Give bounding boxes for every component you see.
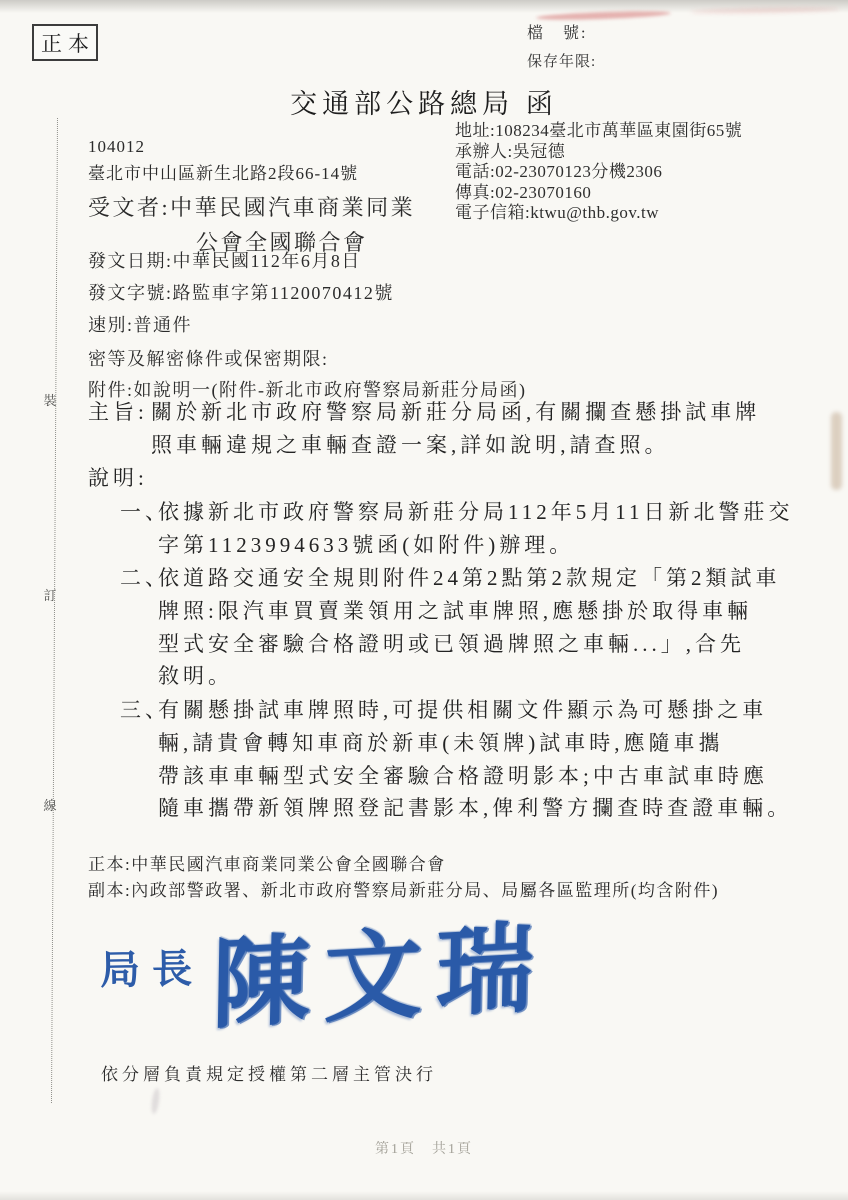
item-line: 牌照:限汽車買賣業領用之試車牌照,應懸掛於取得車輛 xyxy=(158,595,781,628)
document-title: 交通部公路總局 函 xyxy=(0,82,848,121)
contact-email: 電子信箱:ktwu@thb.gov.tw xyxy=(455,203,742,224)
item-line: 依據新北市政府警察局新莊分局112年5月11日新北警莊交 xyxy=(158,496,793,529)
archive-file-no-label: 檔 號: xyxy=(527,20,587,43)
item-line: 隨車攜帶新領牌照登記書影本,俾利警方攔查時查證車輛。 xyxy=(158,792,792,825)
recipient-label: 受文者: xyxy=(88,195,170,220)
explanation-item-3: 三、 有關懸掛試車牌照時,可提供相關文件顯示為可懸掛之車 輛,請貴會轉知車商於新… xyxy=(158,694,792,825)
binding-dotted-line xyxy=(51,118,58,1103)
explanation-label: 說明: xyxy=(88,462,148,495)
binding-mark-zhuang: 裝 xyxy=(42,390,58,409)
issue-number: 發文字號:路監車字第1120070412號 xyxy=(88,279,526,305)
subject-line: 關於新北市政府警察局新莊分局函,有關攔查懸掛試車牌 xyxy=(151,396,760,429)
contact-phone: 電話:02-23070123分機2306 xyxy=(455,162,742,183)
paper-edge-stain xyxy=(831,412,842,490)
item-line: 帶該車車輛型式安全審驗合格證明影本;中古車試車時應 xyxy=(158,760,792,793)
issue-date: 發文日期:中華民國112年6月8日 xyxy=(88,247,526,273)
subject-line: 照車輛違規之車輛查證一案,詳如說明,請查照。 xyxy=(151,429,760,462)
scanned-official-letter: 裝 訂 線 正本 檔 號: 保存年限: 交通部公路總局 函 地址:108234臺… xyxy=(0,0,848,1200)
contact-person: 承辦人:吳冠德 xyxy=(455,142,742,163)
recipient-postal-code: 104012 xyxy=(88,137,145,157)
original-copy-stamp: 正本 xyxy=(32,24,98,61)
delegation-note: 依分層負責規定授權第二層主管決行 xyxy=(101,1060,437,1085)
item-number: 三、 xyxy=(120,694,170,727)
agency-contact-block: 地址:108234臺北市萬華區東園街65號 承辦人:吳冠德 電話:02-2307… xyxy=(455,121,742,224)
recipient-line1: 受文者:中華民國汽車商業同業 xyxy=(88,191,415,222)
item-line: 依道路交通安全規則附件24第2點第2款規定「第2類試車 xyxy=(158,562,781,595)
explanation-item-1: 一、 依據新北市政府警察局新莊分局112年5月11日新北警莊交 字第112399… xyxy=(158,496,793,562)
contact-fax: 傳真:02-23070160 xyxy=(455,183,742,204)
speed-class: 速別:普通件 xyxy=(88,311,526,337)
item-line: 有關懸掛試車牌照時,可提供相關文件顯示為可懸掛之車 xyxy=(158,694,792,727)
item-line: 輛,請貴會轉知車商於新車(未領牌)試車時,應隨車攜 xyxy=(158,727,792,760)
subject-text: 關於新北市政府警察局新莊分局函,有關攔查懸掛試車牌 照車輛違規之車輛查證一案,詳… xyxy=(151,396,760,462)
agency-address: 地址:108234臺北市萬華區東園街65號 xyxy=(455,121,742,142)
item-number: 二、 xyxy=(120,562,170,595)
item-number: 一、 xyxy=(120,496,170,529)
page-number-footer: 第1頁 共1頁 xyxy=(0,1138,848,1158)
director-general-title: 局長 xyxy=(100,937,205,996)
item-line: 型式安全審驗合格證明或已領過牌照之車輛...」,合先 xyxy=(158,628,781,661)
recipient-name-part1: 中華民國汽車商業同業 xyxy=(170,195,415,220)
item-line: 字第1123994633號函(如附件)辦理。 xyxy=(158,529,793,562)
recipient-street-address: 臺北市中山區新生北路2段66-14號 xyxy=(88,159,358,184)
document-meta-block: 發文日期:中華民國112年6月8日 發文字號:路監車字第1120070412號 … xyxy=(88,247,526,402)
binding-mark-xian: 線 xyxy=(42,795,58,814)
red-ink-smudge-faint xyxy=(690,7,840,15)
binding-mark-ding: 訂 xyxy=(42,585,58,604)
subject-label: 主旨: xyxy=(88,396,148,429)
explanation-item-2: 二、 依道路交通安全規則附件24第2點第2款規定「第2類試車 牌照:限汽車買賣業… xyxy=(158,562,781,693)
retention-period-label: 保存年限: xyxy=(527,50,596,71)
distribution-original: 正本:中華民國汽車商業同業公會全國聯合會 xyxy=(88,850,446,875)
item-line: 敘明。 xyxy=(158,660,781,693)
security-class: 密等及解密條件或保密期限: xyxy=(88,345,526,371)
director-general-signature: 陳文瑞 xyxy=(211,889,549,1048)
paper-small-stain xyxy=(150,1088,161,1115)
